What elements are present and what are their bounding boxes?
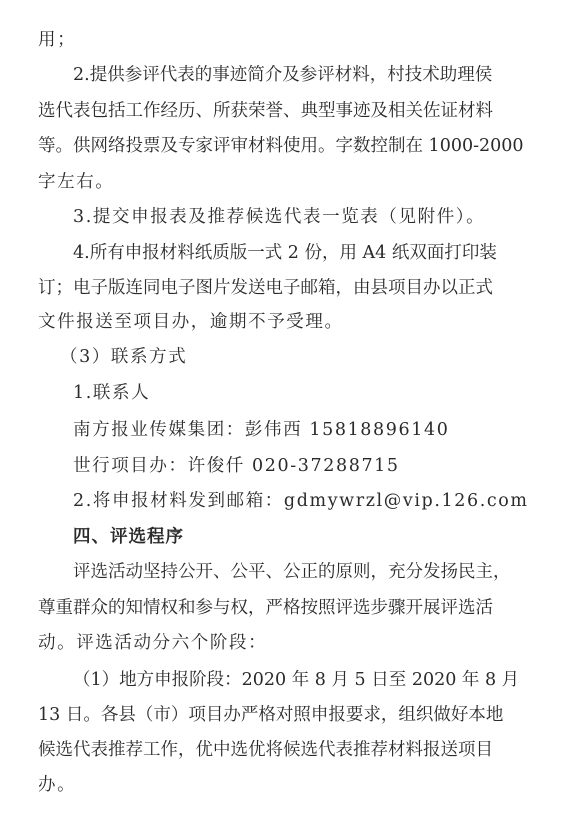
text-line-1: 用； bbox=[38, 28, 480, 52]
contact-project-office: 世行项目办：许俊仟 020-37288715 bbox=[73, 454, 480, 478]
paragraph-line-3: 动。评选活动分六个阶段： bbox=[38, 631, 480, 655]
stage-1-line-4: 办。 bbox=[38, 773, 480, 797]
document-page: 用； 2.提供参评代表的事迹简介及参评材料，村技术助理侯 选代表包括工作经历、所… bbox=[0, 0, 568, 821]
list-item-3: 3.提交申报表及推荐候选代表一览表（见附件）。 bbox=[73, 205, 480, 229]
list-item-4-line-1: 4.所有申报材料纸质版一式 2 份，用 A4 纸双面打印装 bbox=[73, 241, 480, 265]
stage-1-line-2: 13 日。各县（市）项目办严格对照申报要求，组织做好本地 bbox=[38, 703, 480, 727]
stage-1-line-1: （1）地方申报阶段：2020 年 8 月 5 日至 2020 年 8 月 bbox=[73, 668, 480, 692]
section-heading: 四、评选程序 bbox=[73, 525, 480, 549]
list-item-4-line-2: 订；电子版连同电子图片发送电子邮箱，由县项目办以正式 bbox=[38, 276, 480, 300]
subsection-heading-contact: （3）联系方式 bbox=[60, 345, 480, 369]
contact-southern-media: 南方报业传媒集团：彭伟西 15818896140 bbox=[73, 418, 480, 442]
stage-1-line-3: 候选代表推荐工作，优中选优将候选代表推荐材料报送项目 bbox=[38, 738, 480, 762]
contact-person-label: 1.联系人 bbox=[73, 381, 480, 405]
list-item-2-line-4: 字左右。 bbox=[38, 170, 480, 194]
list-item-2-line-1: 2.提供参评代表的事迹简介及参评材料，村技术助理侯 bbox=[73, 63, 480, 87]
paragraph-line-2: 尊重群众的知情权和参与权，严格按照评选步骤开展评选活 bbox=[38, 596, 480, 620]
list-item-2-line-3: 等。供网络投票及专家评审材料使用。字数控制在 1000-2000 bbox=[38, 134, 480, 158]
paragraph-line-1: 评选活动坚持公开、公平、公正的原则，充分发扬民主， bbox=[73, 560, 480, 584]
contact-email: 2.将申报材料发到邮箱：gdmywrzl@vip.126.com bbox=[73, 489, 480, 513]
list-item-2-line-2: 选代表包括工作经历、所获荣誉、典型事迹及相关佐证材料 bbox=[38, 99, 480, 123]
list-item-4-line-3: 文件报送至项目办，逾期不予受理。 bbox=[38, 310, 480, 334]
